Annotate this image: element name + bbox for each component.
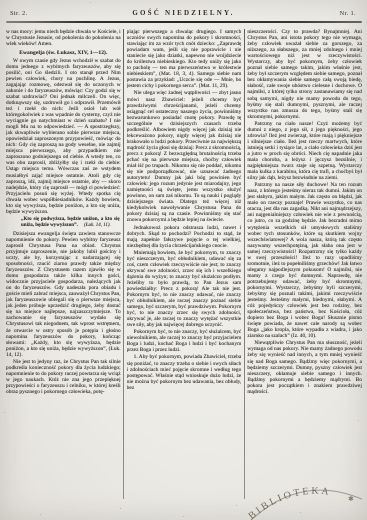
paragraph: Pokornym być, to nie znaczy, być służalc… [127, 329, 242, 353]
article-columns: w nas mocy: jemu niech będzie chwała w K… [6, 29, 362, 499]
newspaper-page: Str. 2. GOŚĆ NIEDZIELNY. Nr. 1. w nas mo… [0, 0, 367, 520]
column-divider [244, 29, 245, 499]
paragraph-continuation: w nas mocy: jemu niech będzie chwała w K… [6, 29, 121, 47]
paragraph: nieszczerości. Czy to prawda? Bynajmniej… [247, 29, 362, 120]
paragraph: Jednakowoż pokora odstrasza ludzi, nawet… [127, 225, 242, 249]
column-middle: piając pierwszego a chwaląc drugiego. I … [127, 29, 242, 499]
column-left: w nas mocy: jemu niech będzie chwała w K… [6, 29, 121, 499]
quote-reference: (Łuk. 14, 11). [84, 223, 111, 228]
page-number: Str. 2. [10, 10, 27, 17]
paragraph: Patrzmy na ciało nasze! Czyż możemy być … [247, 121, 362, 181]
masthead-title: GOŚĆ NIEDZIELNY. [132, 9, 234, 17]
paragraph: Niewątpliwie Chrystus Pan ma słuszność, … [247, 340, 362, 394]
gospel-heading: Ewangelja (św. Łukasz, XIV, 1—12). [6, 50, 121, 56]
scan-noise [0, 0, 1, 1]
header-rule [6, 21, 362, 23]
paragraph: Patrzmy na nasze siły duchowe! Na ten ro… [247, 182, 362, 339]
gospel-text: W owym czasie gdy Jezus wchodził w szaba… [6, 58, 121, 215]
page-header: Str. 2. GOŚĆ NIEDZIELNY. Nr. 1. [10, 9, 356, 20]
scripture-quote: „Kto się podwyższa, będzie uniżon, a kto… [21, 217, 120, 228]
paragraph: Nie jest to jedyny raz, że Chrystus Pan … [6, 359, 121, 395]
paragraph: Mniemają bowiem, że być pokornym, to zna… [127, 250, 242, 329]
column-divider [123, 29, 124, 499]
paragraph: piając pierwszego a chwaląc drugiego. I … [127, 29, 242, 89]
paragraph: Nie ulega więc żadnej wątpliwości — zbyt… [127, 90, 242, 223]
paragraph: 1. Aby być pokornym, powiada Zbawiciel, … [127, 354, 242, 390]
column-right: nieszczerości. Czy to prawda? Bynajmniej… [247, 29, 362, 499]
paragraph: Dzisiejsza ewangelja święta zawiera stan… [6, 231, 121, 358]
issue-number: Nr. 1. [340, 10, 356, 17]
